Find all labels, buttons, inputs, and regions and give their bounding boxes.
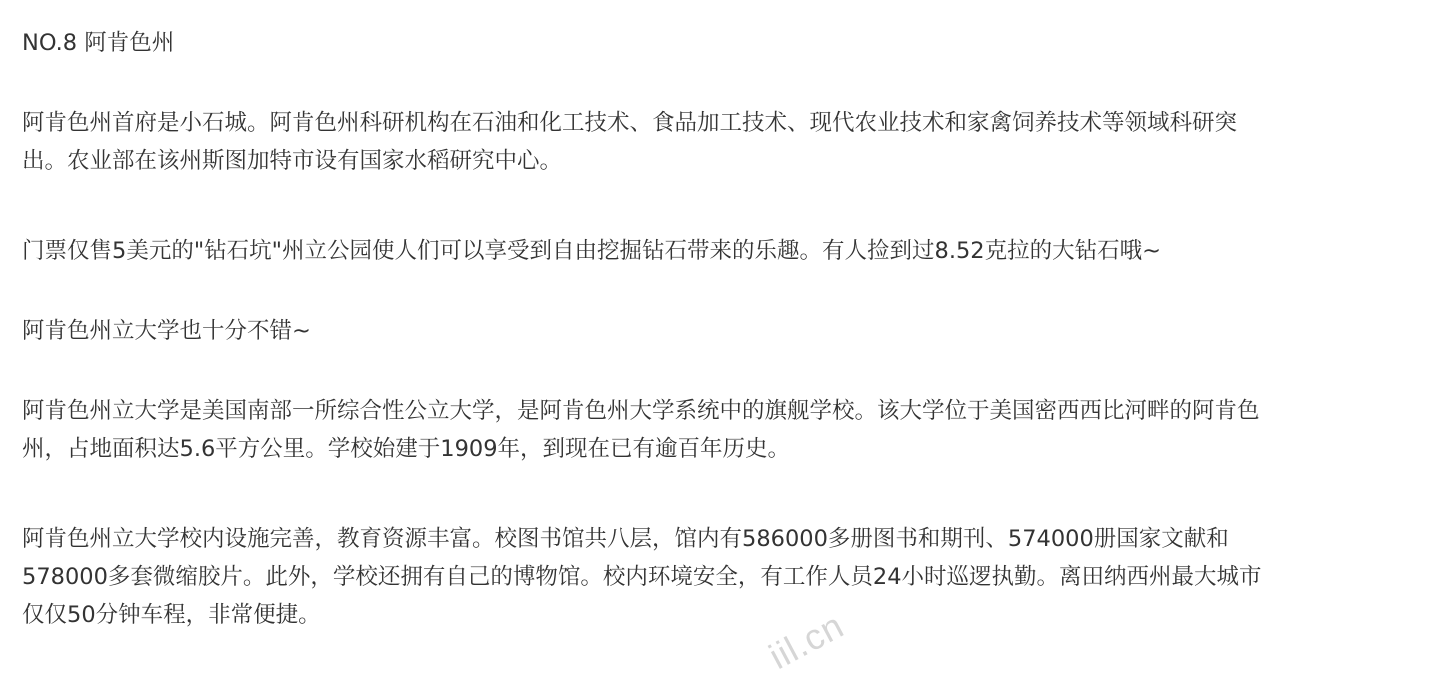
paragraph-line: 州，占地面积达5.6平方公里。学校始建于1909年，到现在已有逾百年历史。 (22, 430, 1260, 468)
paragraph-line: 阿肯色州立大学也十分不错~ (22, 312, 311, 350)
heading-text: NO.8 阿肯色州 (22, 24, 174, 62)
paragraph-line: 阿肯色州立大学校内设施完善，教育资源丰富。校图书馆共八层，馆内有586000多册… (22, 520, 1262, 558)
paragraph-line: 阿肯色州立大学是美国南部一所综合性公立大学，是阿肯色州大学系统中的旗舰学校。该大… (22, 392, 1260, 430)
paragraph-university-facilities: 阿肯色州立大学校内设施完善，教育资源丰富。校图书馆共八层，馆内有586000多册… (22, 520, 1262, 634)
paragraph-university-intro: 阿肯色州立大学也十分不错~ (22, 312, 311, 350)
article-heading: NO.8 阿肯色州 (22, 24, 174, 62)
paragraph-line: 出。农业部在该州斯图加特市设有国家水稻研究中心。 (22, 142, 1237, 180)
paragraph-line: 578000多套微缩胶片。此外，学校还拥有自己的博物馆。校内环境安全，有工作人员… (22, 558, 1262, 596)
paragraph-line: 仅仅50分钟车程，非常便捷。 (22, 596, 1262, 634)
paragraph-line: 门票仅售5美元的"钻石坑"州立公园使人们可以享受到自由挖掘钻石带来的乐趣。有人捡… (22, 232, 1161, 270)
paragraph-diamond-park: 门票仅售5美元的"钻石坑"州立公园使人们可以享受到自由挖掘钻石带来的乐趣。有人捡… (22, 232, 1161, 270)
paragraph-line: 阿肯色州首府是小石城。阿肯色州科研机构在石油和化工技术、食品加工技术、现代农业技… (22, 104, 1237, 142)
paragraph-capital: 阿肯色州首府是小石城。阿肯色州科研机构在石油和化工技术、食品加工技术、现代农业技… (22, 104, 1237, 180)
paragraph-university-overview: 阿肯色州立大学是美国南部一所综合性公立大学，是阿肯色州大学系统中的旗舰学校。该大… (22, 392, 1260, 468)
